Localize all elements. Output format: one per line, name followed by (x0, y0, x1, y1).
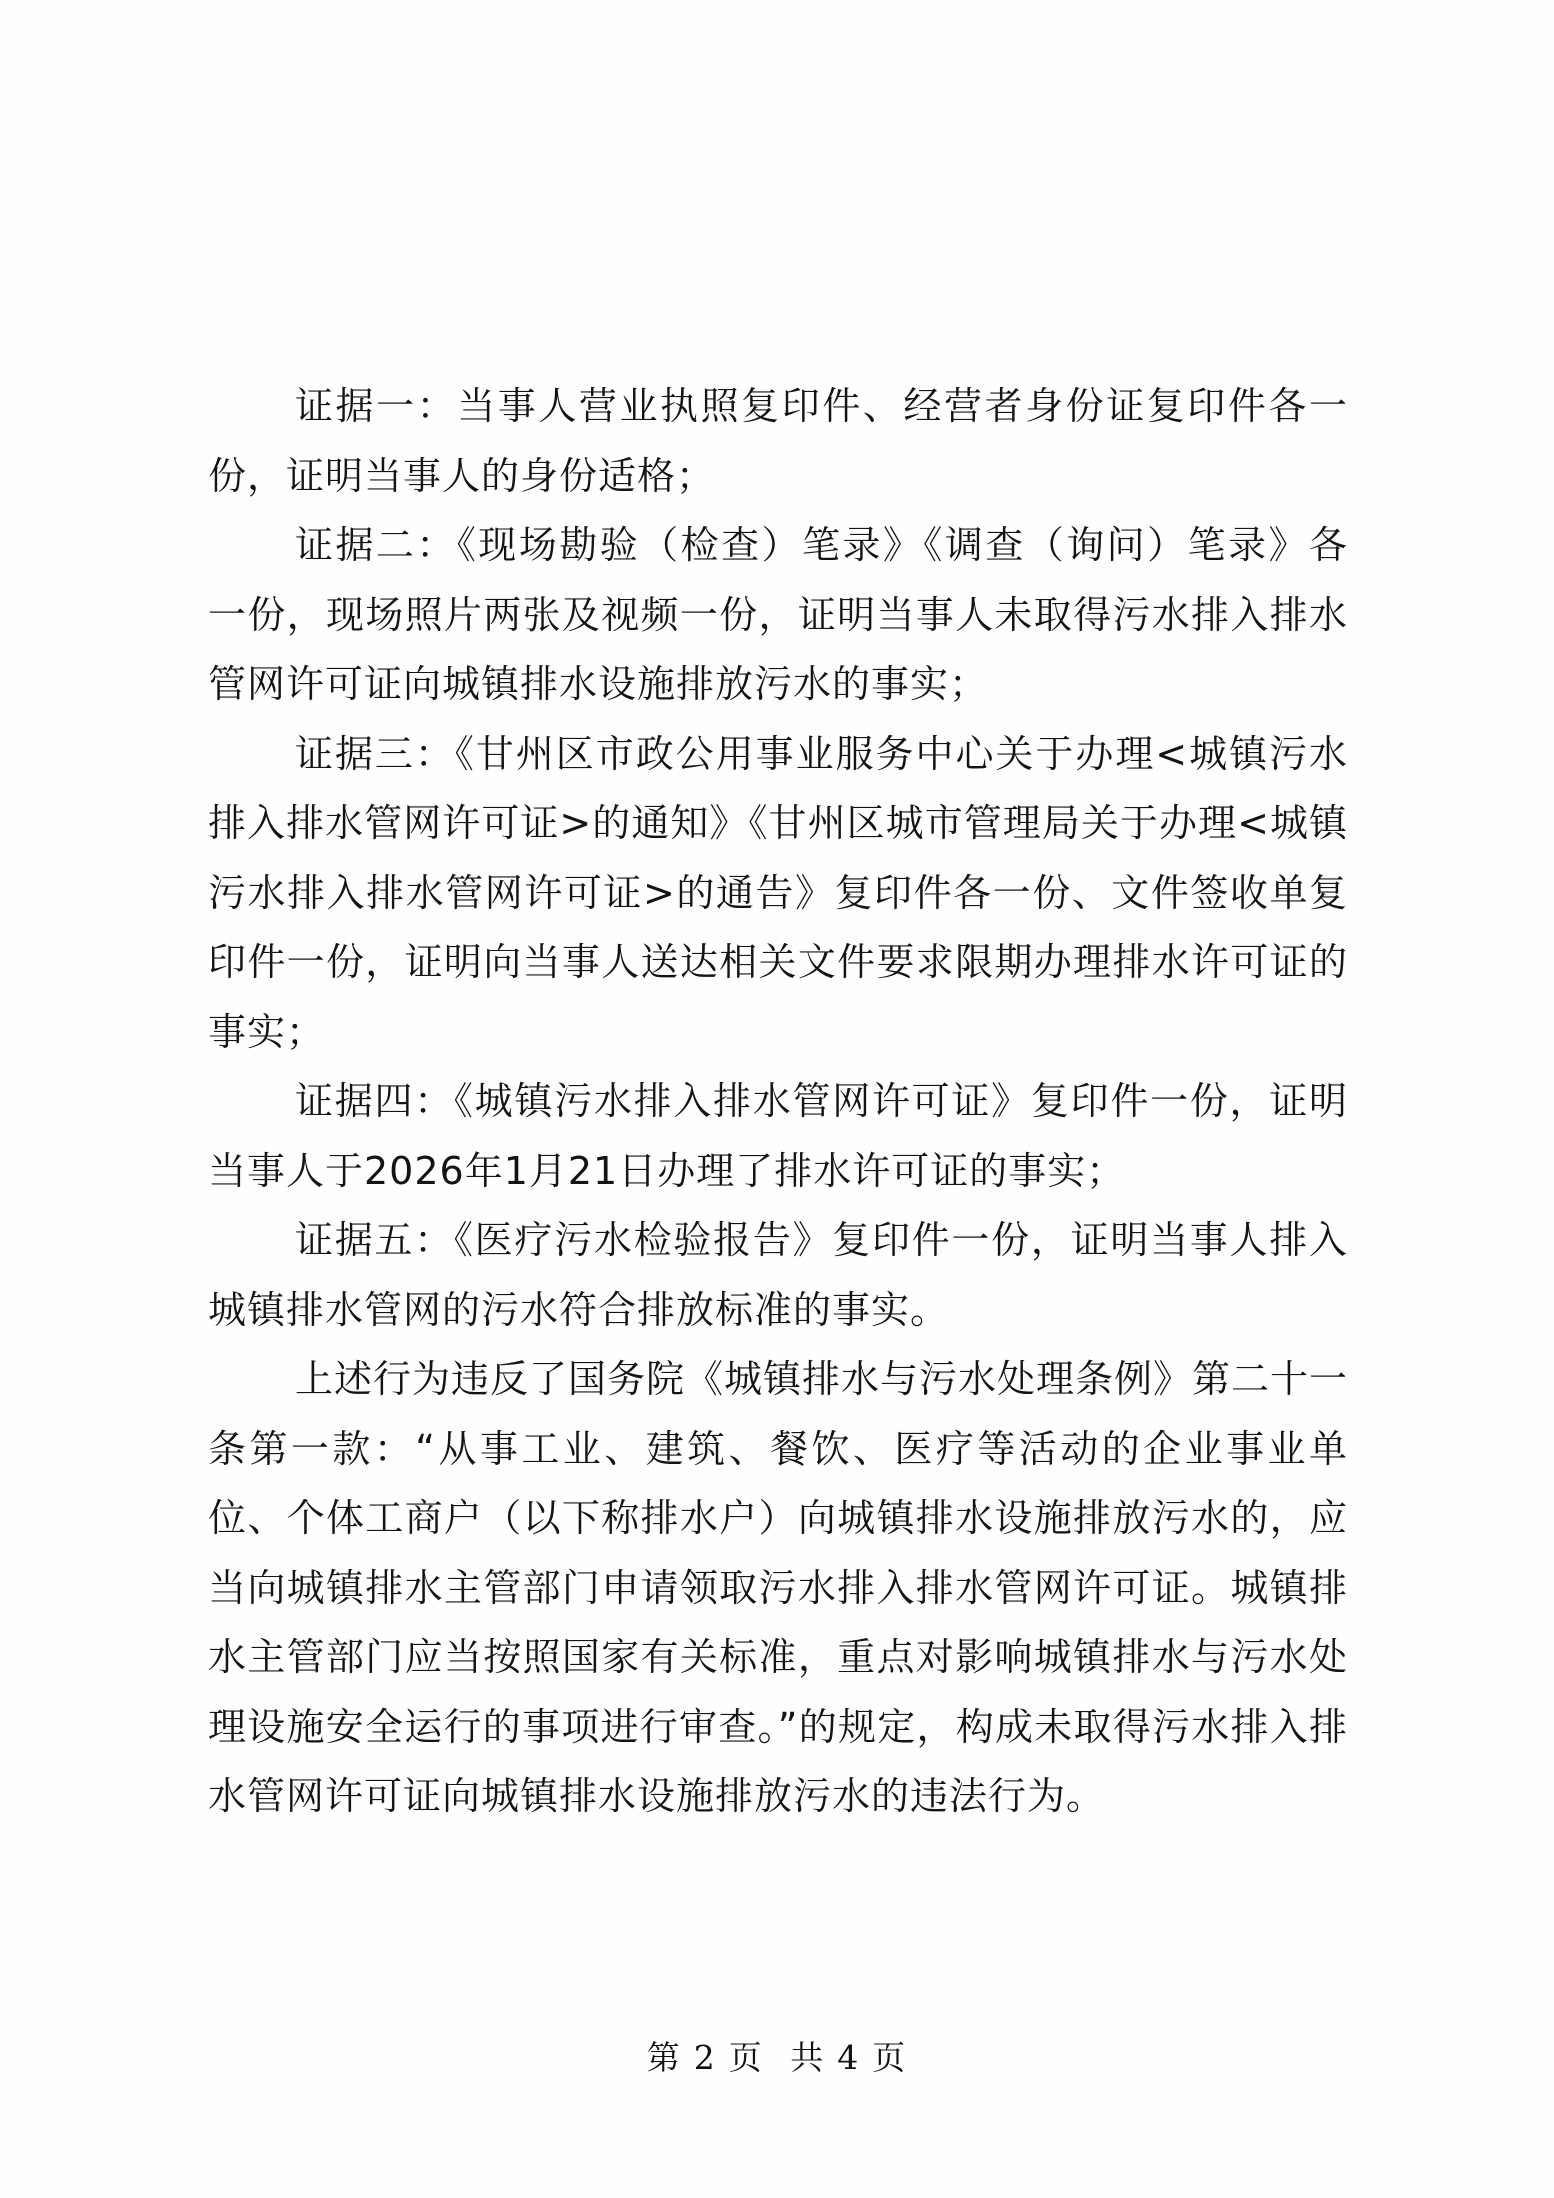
violation-paragraph: 上述行为违反了国务院《城镇排水与污水处理条例》第二十一条第一款：“从事工业、建筑… (208, 1345, 1348, 1832)
evidence-5-paragraph: 证据五：《医疗污水检验报告》复印件一份，证明当事人排入城镇排水管网的污水符合排放… (208, 1206, 1348, 1345)
document-page: 证据一：当事人营业执照复印件、经营者身份证复印件各一份，证明当事人的身份适格； … (0, 0, 1554, 2198)
evidence-1-paragraph: 证据一：当事人营业执照复印件、经营者身份证复印件各一份，证明当事人的身份适格； (208, 372, 1348, 511)
evidence-4-paragraph: 证据四：《城镇污水排入排水管网许可证》复印件一份，证明当事人于2026年1月21… (208, 1067, 1348, 1206)
footer-prefix: 第 (647, 2038, 682, 2077)
current-page-number: 2 (694, 2038, 717, 2077)
page-number-footer: 第2页 共4页 (0, 2032, 1554, 2079)
footer-middle: 页 共 (729, 2038, 826, 2077)
footer-suffix: 页 (872, 2038, 907, 2077)
evidence-2-paragraph: 证据二：《现场勘验（检查）笔录》《调查（询问）笔录》各一份，现场照片两张及视频一… (208, 511, 1348, 720)
document-body: 证据一：当事人营业执照复印件、经营者身份证复印件各一份，证明当事人的身份适格； … (208, 372, 1348, 1832)
evidence-3-paragraph: 证据三：《甘州区市政公用事业服务中心关于办理<城镇污水排入排水管网许可证>的通知… (208, 720, 1348, 1068)
total-pages-number: 4 (837, 2038, 860, 2077)
